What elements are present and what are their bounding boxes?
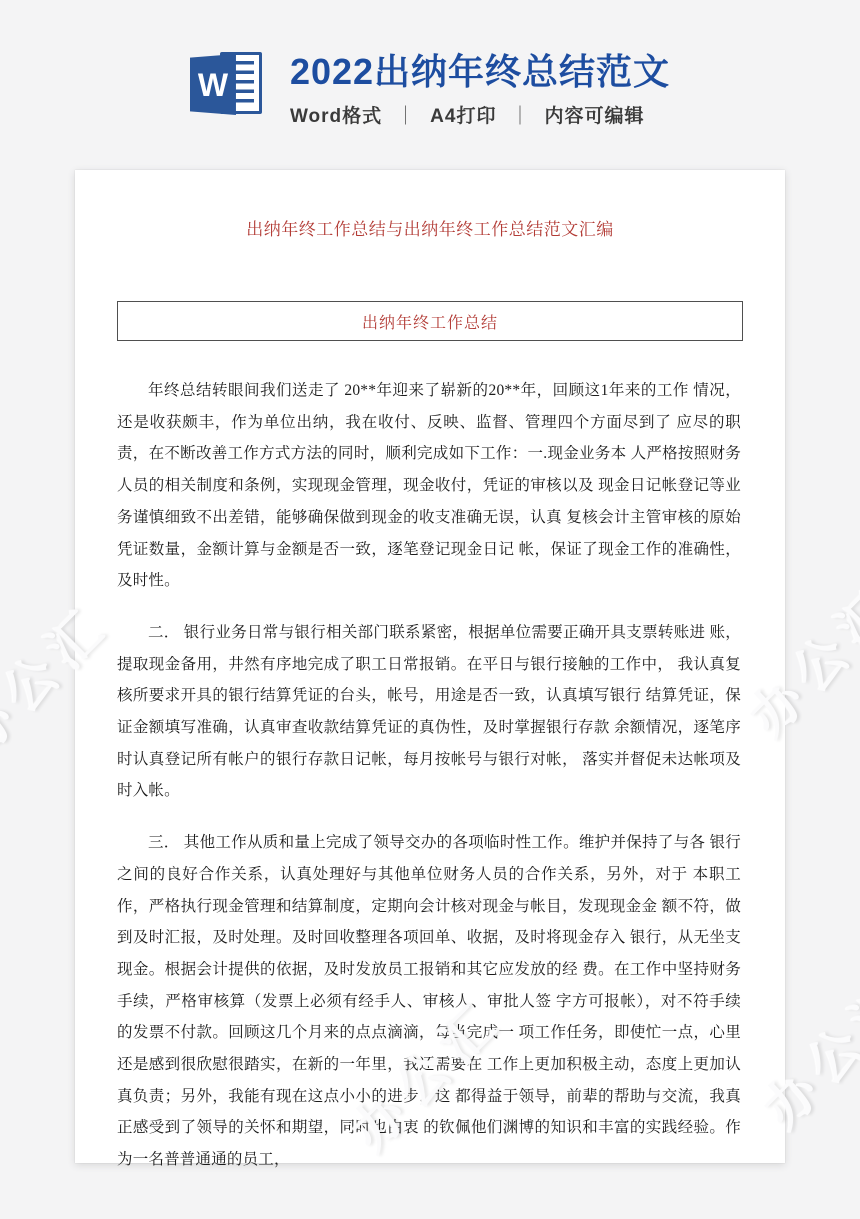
word-icon: W (190, 50, 262, 118)
meta-print: A4打印 (430, 106, 496, 127)
document-body: 年终总结转眼间我们送走了 20**年迎来了崭新的20**年，回顾这1年来的工作 … (117, 375, 741, 1176)
page-title: 2022出纳年终总结范文 (290, 50, 670, 93)
file-meta: Word格式｜A4打印｜内容可编辑 (290, 101, 670, 128)
document-box-title: 出纳年终工作总结 (362, 310, 498, 333)
word-icon-front: W (190, 54, 236, 115)
header-text: 2022出纳年终总结范文 Word格式｜A4打印｜内容可编辑 (290, 50, 670, 128)
paragraph: 三． 其他工作从质和量上完成了领导交办的各项临时性工作。维护并保持了与各 银行之… (117, 827, 741, 1176)
meta-editable: 内容可编辑 (544, 106, 644, 127)
document-page: 出纳年终工作总结与出纳年终工作总结范文汇编 出纳年终工作总结 年终总结转眼间我们… (75, 170, 785, 1163)
paragraph: 二． 银行业务日常与银行相关部门联系紧密，根据单位需要正确开具支票转账进 账，提… (117, 617, 741, 807)
page-background: 办公汇 办公汇 办公汇 办公汇 W 2022出纳年终总结范文 Word格式｜A4… (0, 0, 860, 1219)
meta-separator: ｜ (510, 106, 530, 127)
document-box: 出纳年终工作总结 (117, 301, 743, 341)
word-icon-letter: W (198, 69, 228, 101)
paragraph: 年终总结转眼间我们送走了 20**年迎来了崭新的20**年，回顾这1年来的工作 … (117, 375, 741, 597)
meta-format: Word格式 (290, 106, 382, 127)
meta-separator: ｜ (396, 106, 416, 127)
header: W 2022出纳年终总结范文 Word格式｜A4打印｜内容可编辑 (0, 50, 860, 128)
document-title: 出纳年终工作总结与出纳年终工作总结范文汇编 (75, 215, 785, 240)
